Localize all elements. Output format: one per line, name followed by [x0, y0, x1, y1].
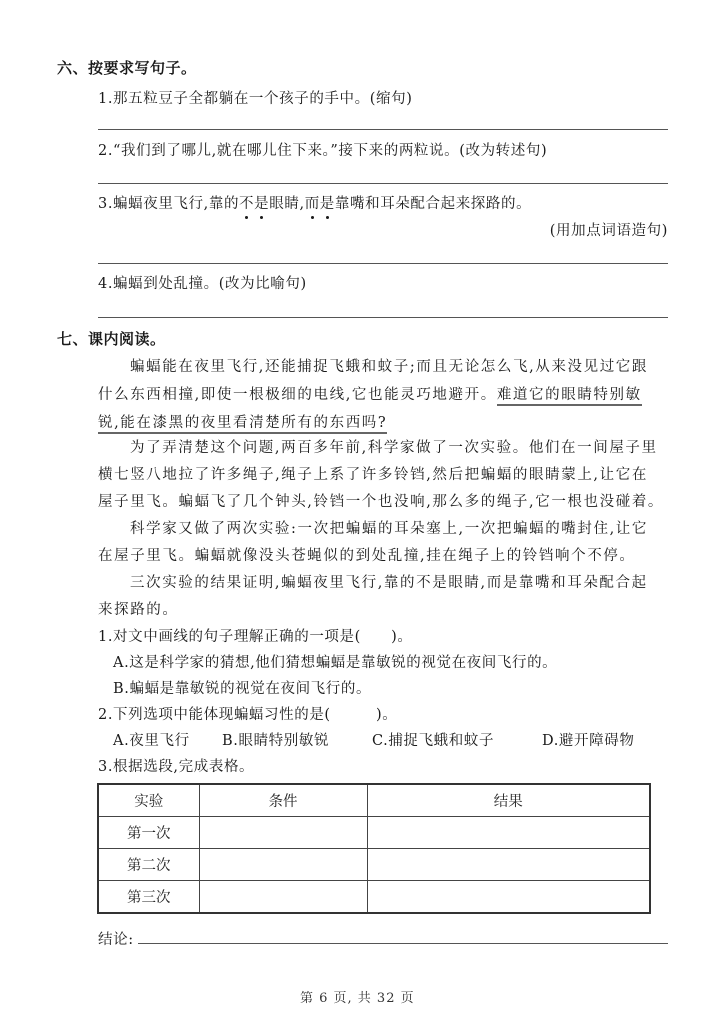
table-cell-result[interactable]	[367, 817, 650, 849]
option-7-2-c: C.捕捉飞蛾和蚊子	[372, 729, 494, 750]
table-cell-condition[interactable]	[199, 881, 367, 914]
question-6-1: 1.那五粒豆子全都躺在一个孩子的手中。(缩句)	[98, 87, 412, 108]
table-header: 实验	[98, 784, 199, 817]
table-header: 结果	[367, 784, 650, 817]
table-cell-result[interactable]	[367, 849, 650, 881]
q3-mid: 眼睛,	[269, 196, 304, 212]
answer-line-6-2[interactable]	[98, 183, 668, 184]
dotted-word-2: 而是	[305, 196, 335, 212]
passage-line: 屋子里飞。蝙蝠飞了几个钟头,铃铛一个也没响,那么多的绳子,它一根也没碰着。	[98, 490, 670, 511]
underlined-sentence: 难道它的眼睛特别敏	[497, 387, 642, 406]
experiment-table: 实验 条件 结果 第一次 第二次 第三次	[97, 783, 651, 914]
option-7-2-d: D.避开障碍物	[542, 729, 634, 750]
dotted-char: 是	[254, 192, 269, 213]
table-cell-label: 第三次	[98, 881, 199, 914]
option-7-2-a: A.夜里飞行	[113, 729, 190, 750]
passage-line: 在屋子里飞。蝙蝠就像没头苍蝇似的到处乱撞,挂在绳子上的铃铛响个不停。	[98, 544, 670, 565]
table-cell-result[interactable]	[367, 881, 650, 914]
q3-suffix: 靠嘴和耳朵配合起来探路的。	[335, 196, 531, 212]
conclusion-answer-line[interactable]	[138, 943, 668, 944]
table-row: 第三次	[98, 881, 650, 914]
page-number: 第 6 页, 共 32 页	[300, 987, 415, 1006]
passage-line: 为了弄清楚这个问题,两百多年前,科学家做了一次实验。他们在一间屋子里	[130, 436, 670, 457]
q3-prefix: 3.蝙蝠夜里飞行,靠的	[98, 196, 239, 212]
table-cell-condition[interactable]	[199, 849, 367, 881]
passage-text: 什么东西相撞,即使一根极细的电线,它也能灵巧地避开。	[98, 387, 497, 403]
table-cell-label: 第一次	[98, 817, 199, 849]
conclusion-label: 结论:	[98, 928, 134, 949]
passage-line: 锐,能在漆黑的夜里看清楚所有的东西吗?	[98, 411, 670, 432]
table-row: 第二次	[98, 849, 650, 881]
passage-line: 三次实验的结果证明,蝙蝠夜里飞行,靠的不是眼睛,而是靠嘴和耳朵配合起	[130, 571, 670, 592]
question-7-3: 3.根据选段,完成表格。	[98, 755, 254, 776]
option-7-2-b: B.眼睛特别敏锐	[222, 729, 329, 750]
question-7-1: 1.对文中画线的句子理解正确的一项是( )。	[98, 625, 412, 646]
dotted-char: 是	[320, 192, 335, 213]
underlined-sentence: 锐,能在漆黑的夜里看清楚所有的东西吗?	[98, 415, 387, 434]
passage-line: 横七竖八地拉了许多绳子,绳子上系了许多铃铛,然后把蝙蝠的眼睛蒙上,让它在	[98, 463, 670, 484]
table-header-row: 实验 条件 结果	[98, 784, 650, 817]
table-row: 第一次	[98, 817, 650, 849]
passage-line: 来探路的。	[98, 598, 670, 619]
question-6-3: 3.蝙蝠夜里飞行,靠的不是眼睛,而是靠嘴和耳朵配合起来探路的。	[98, 192, 531, 213]
answer-line-6-3[interactable]	[98, 263, 668, 264]
passage-line: 科学家又做了两次实验:一次把蝙蝠的耳朵塞上,一次把蝙蝠的嘴封住,让它	[130, 517, 670, 538]
passage-line: 蝙蝠能在夜里飞行,还能捕捉飞蛾和蚊子;而且无论怎么飞,从来没见过它跟	[130, 355, 670, 376]
question-6-3-note: (用加点词语造句)	[550, 219, 668, 240]
question-6-2: 2.“我们到了哪儿,就在哪儿住下来。”接下来的两粒说。(改为转述句)	[98, 139, 547, 160]
option-7-1-a: A.这是科学家的猜想,他们猜想蝙蝠是靠敏锐的视觉在夜间飞行的。	[113, 651, 557, 672]
section-6-title: 六、按要求写句子。	[57, 57, 197, 78]
answer-line-6-1[interactable]	[98, 129, 668, 130]
table-cell-label: 第二次	[98, 849, 199, 881]
answer-line-6-4[interactable]	[98, 317, 668, 318]
option-7-1-b: B.蝙蝠是靠敏锐的视觉在夜间飞行的。	[113, 677, 371, 698]
table-header: 条件	[199, 784, 367, 817]
section-7-title: 七、课内阅读。	[57, 328, 166, 349]
question-6-4: 4.蝙蝠到处乱撞。(改为比喻句)	[98, 272, 307, 293]
dotted-char: 不	[239, 192, 254, 213]
dotted-char: 而	[305, 192, 320, 213]
question-7-2: 2.下列选项中能体现蝙蝠习性的是( )。	[98, 703, 397, 724]
dotted-word-1: 不是	[239, 196, 269, 212]
passage-line: 什么东西相撞,即使一根极细的电线,它也能灵巧地避开。难道它的眼睛特别敏	[98, 383, 670, 404]
table-cell-condition[interactable]	[199, 817, 367, 849]
